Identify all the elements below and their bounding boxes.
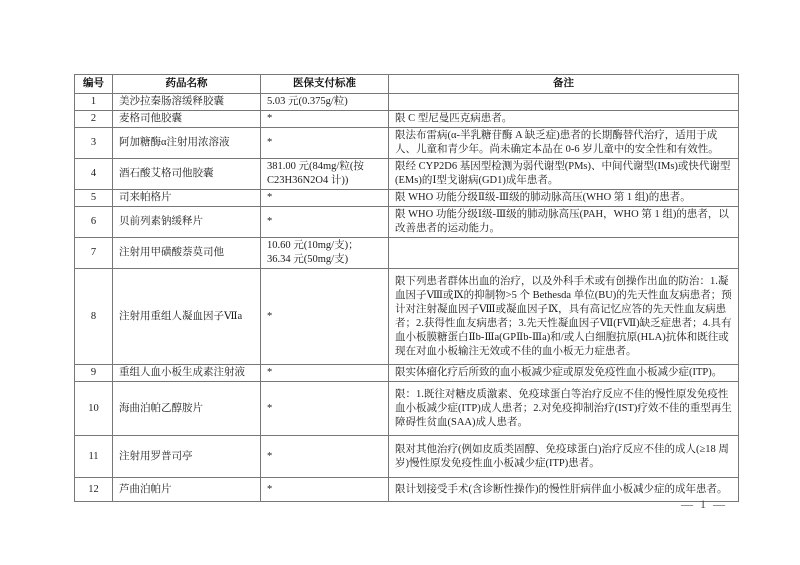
table-row: 8注射用重组人凝血因子Ⅶa*限下列患者群体出血的治疗，以及外科手术或有创操作出血… bbox=[75, 269, 739, 365]
cell-note: 限：1.既往对糖皮质激素、免疫球蛋白等治疗反应不佳的慢性原发免疫性血小板减少症(… bbox=[389, 382, 739, 436]
cell-number: 6 bbox=[75, 207, 113, 238]
cell-note: 限 WHO 功能分级Ⅰ级-Ⅲ级的肺动脉高压(PAH，WHO 第 1 组)的患者，… bbox=[389, 207, 739, 238]
cell-payment-standard: * bbox=[261, 190, 389, 207]
cell-note: 限经 CYP2D6 基因型检测为弱代谢型(PMs)、中间代谢型(IMs)或快代谢… bbox=[389, 159, 739, 190]
cell-payment-standard: 381.00 元(84mg/粒(按 C23H36N2O4 计)) bbox=[261, 159, 389, 190]
cell-drug-name: 酒石酸艾格司他胶囊 bbox=[113, 159, 261, 190]
cell-note: 限下列患者群体出血的治疗，以及外科手术或有创操作出血的防治：1.凝血因子Ⅷ或Ⅸ的… bbox=[389, 269, 739, 365]
cell-payment-standard: * bbox=[261, 365, 389, 382]
cell-payment-standard: * bbox=[261, 382, 389, 436]
cell-payment-standard: 5.03 元(0.375g/粒) bbox=[261, 94, 389, 111]
cell-note bbox=[389, 94, 739, 111]
table-row: 2麦格司他胶囊*限 C 型尼曼匹克病患者。 bbox=[75, 111, 739, 128]
cell-number: 4 bbox=[75, 159, 113, 190]
drug-table-body: 1美沙拉秦肠溶缓释胶囊5.03 元(0.375g/粒)2麦格司他胶囊*限 C 型… bbox=[75, 94, 739, 502]
cell-drug-name: 芦曲泊帕片 bbox=[113, 478, 261, 502]
cell-payment-standard: 10.60 元(10mg/支)； 36.34 元(50mg/支) bbox=[261, 238, 389, 269]
cell-payment-standard: * bbox=[261, 436, 389, 478]
col-header-number: 编号 bbox=[75, 75, 113, 94]
table-row: 10海曲泊帕乙醇胺片*限：1.既往对糖皮质激素、免疫球蛋白等治疗反应不佳的慢性原… bbox=[75, 382, 739, 436]
cell-payment-standard: * bbox=[261, 128, 389, 159]
table-row: 4酒石酸艾格司他胶囊381.00 元(84mg/粒(按 C23H36N2O4 计… bbox=[75, 159, 739, 190]
cell-number: 11 bbox=[75, 436, 113, 478]
cell-note bbox=[389, 238, 739, 269]
cell-number: 1 bbox=[75, 94, 113, 111]
page-number: — 1 — bbox=[681, 497, 727, 512]
cell-drug-name: 司来帕格片 bbox=[113, 190, 261, 207]
col-header-drug-name: 药品名称 bbox=[113, 75, 261, 94]
cell-drug-name: 麦格司他胶囊 bbox=[113, 111, 261, 128]
cell-payment-standard: * bbox=[261, 207, 389, 238]
col-header-note: 备注 bbox=[389, 75, 739, 94]
cell-note: 限实体瘤化疗后所致的血小板减少症或原发免疫性血小板减少症(ITP)。 bbox=[389, 365, 739, 382]
table-row: 3阿加糖酶α注射用浓溶液*限法布雷病(α-半乳糖苷酶 A 缺乏症)患者的长期酶替… bbox=[75, 128, 739, 159]
cell-note: 限对其他治疗(例如皮质类固醇、免疫球蛋白)治疗反应不佳的成人(≥18 周岁)慢性… bbox=[389, 436, 739, 478]
cell-drug-name: 海曲泊帕乙醇胺片 bbox=[113, 382, 261, 436]
cell-drug-name: 阿加糖酶α注射用浓溶液 bbox=[113, 128, 261, 159]
cell-number: 8 bbox=[75, 269, 113, 365]
cell-number: 9 bbox=[75, 365, 113, 382]
col-header-payment-standard: 医保支付标准 bbox=[261, 75, 389, 94]
cell-payment-standard: * bbox=[261, 269, 389, 365]
cell-drug-name: 贝前列素钠缓释片 bbox=[113, 207, 261, 238]
cell-drug-name: 注射用罗普司亭 bbox=[113, 436, 261, 478]
table-header-row: 编号 药品名称 医保支付标准 备注 bbox=[75, 75, 739, 94]
cell-number: 5 bbox=[75, 190, 113, 207]
cell-number: 10 bbox=[75, 382, 113, 436]
table-row: 1美沙拉秦肠溶缓释胶囊5.03 元(0.375g/粒) bbox=[75, 94, 739, 111]
cell-payment-standard: * bbox=[261, 478, 389, 502]
table-row: 5司来帕格片*限 WHO 功能分级Ⅱ级-Ⅲ级的肺动脉高压(WHO 第 1 组)的… bbox=[75, 190, 739, 207]
drug-table: 编号 药品名称 医保支付标准 备注 1美沙拉秦肠溶缓释胶囊5.03 元(0.37… bbox=[74, 74, 739, 502]
cell-drug-name: 美沙拉秦肠溶缓释胶囊 bbox=[113, 94, 261, 111]
cell-number: 12 bbox=[75, 478, 113, 502]
cell-drug-name: 注射用重组人凝血因子Ⅶa bbox=[113, 269, 261, 365]
cell-drug-name: 重组人血小板生成素注射液 bbox=[113, 365, 261, 382]
table-row: 11注射用罗普司亭*限对其他治疗(例如皮质类固醇、免疫球蛋白)治疗反应不佳的成人… bbox=[75, 436, 739, 478]
cell-number: 2 bbox=[75, 111, 113, 128]
cell-note: 限 C 型尼曼匹克病患者。 bbox=[389, 111, 739, 128]
cell-drug-name: 注射用甲磺酸萘莫司他 bbox=[113, 238, 261, 269]
cell-number: 3 bbox=[75, 128, 113, 159]
document-page: 编号 药品名称 医保支付标准 备注 1美沙拉秦肠溶缓释胶囊5.03 元(0.37… bbox=[0, 0, 800, 565]
table-row: 7注射用甲磺酸萘莫司他10.60 元(10mg/支)； 36.34 元(50mg… bbox=[75, 238, 739, 269]
table-row: 6贝前列素钠缓释片*限 WHO 功能分级Ⅰ级-Ⅲ级的肺动脉高压(PAH，WHO … bbox=[75, 207, 739, 238]
table-row: 12芦曲泊帕片*限计划接受手术(含诊断性操作)的慢性肝病伴血小板减少症的成年患者… bbox=[75, 478, 739, 502]
cell-payment-standard: * bbox=[261, 111, 389, 128]
cell-number: 7 bbox=[75, 238, 113, 269]
cell-note: 限 WHO 功能分级Ⅱ级-Ⅲ级的肺动脉高压(WHO 第 1 组)的患者。 bbox=[389, 190, 739, 207]
table-row: 9重组人血小板生成素注射液*限实体瘤化疗后所致的血小板减少症或原发免疫性血小板减… bbox=[75, 365, 739, 382]
cell-note: 限法布雷病(α-半乳糖苷酶 A 缺乏症)患者的长期酶替代治疗，适用于成人、儿童和… bbox=[389, 128, 739, 159]
